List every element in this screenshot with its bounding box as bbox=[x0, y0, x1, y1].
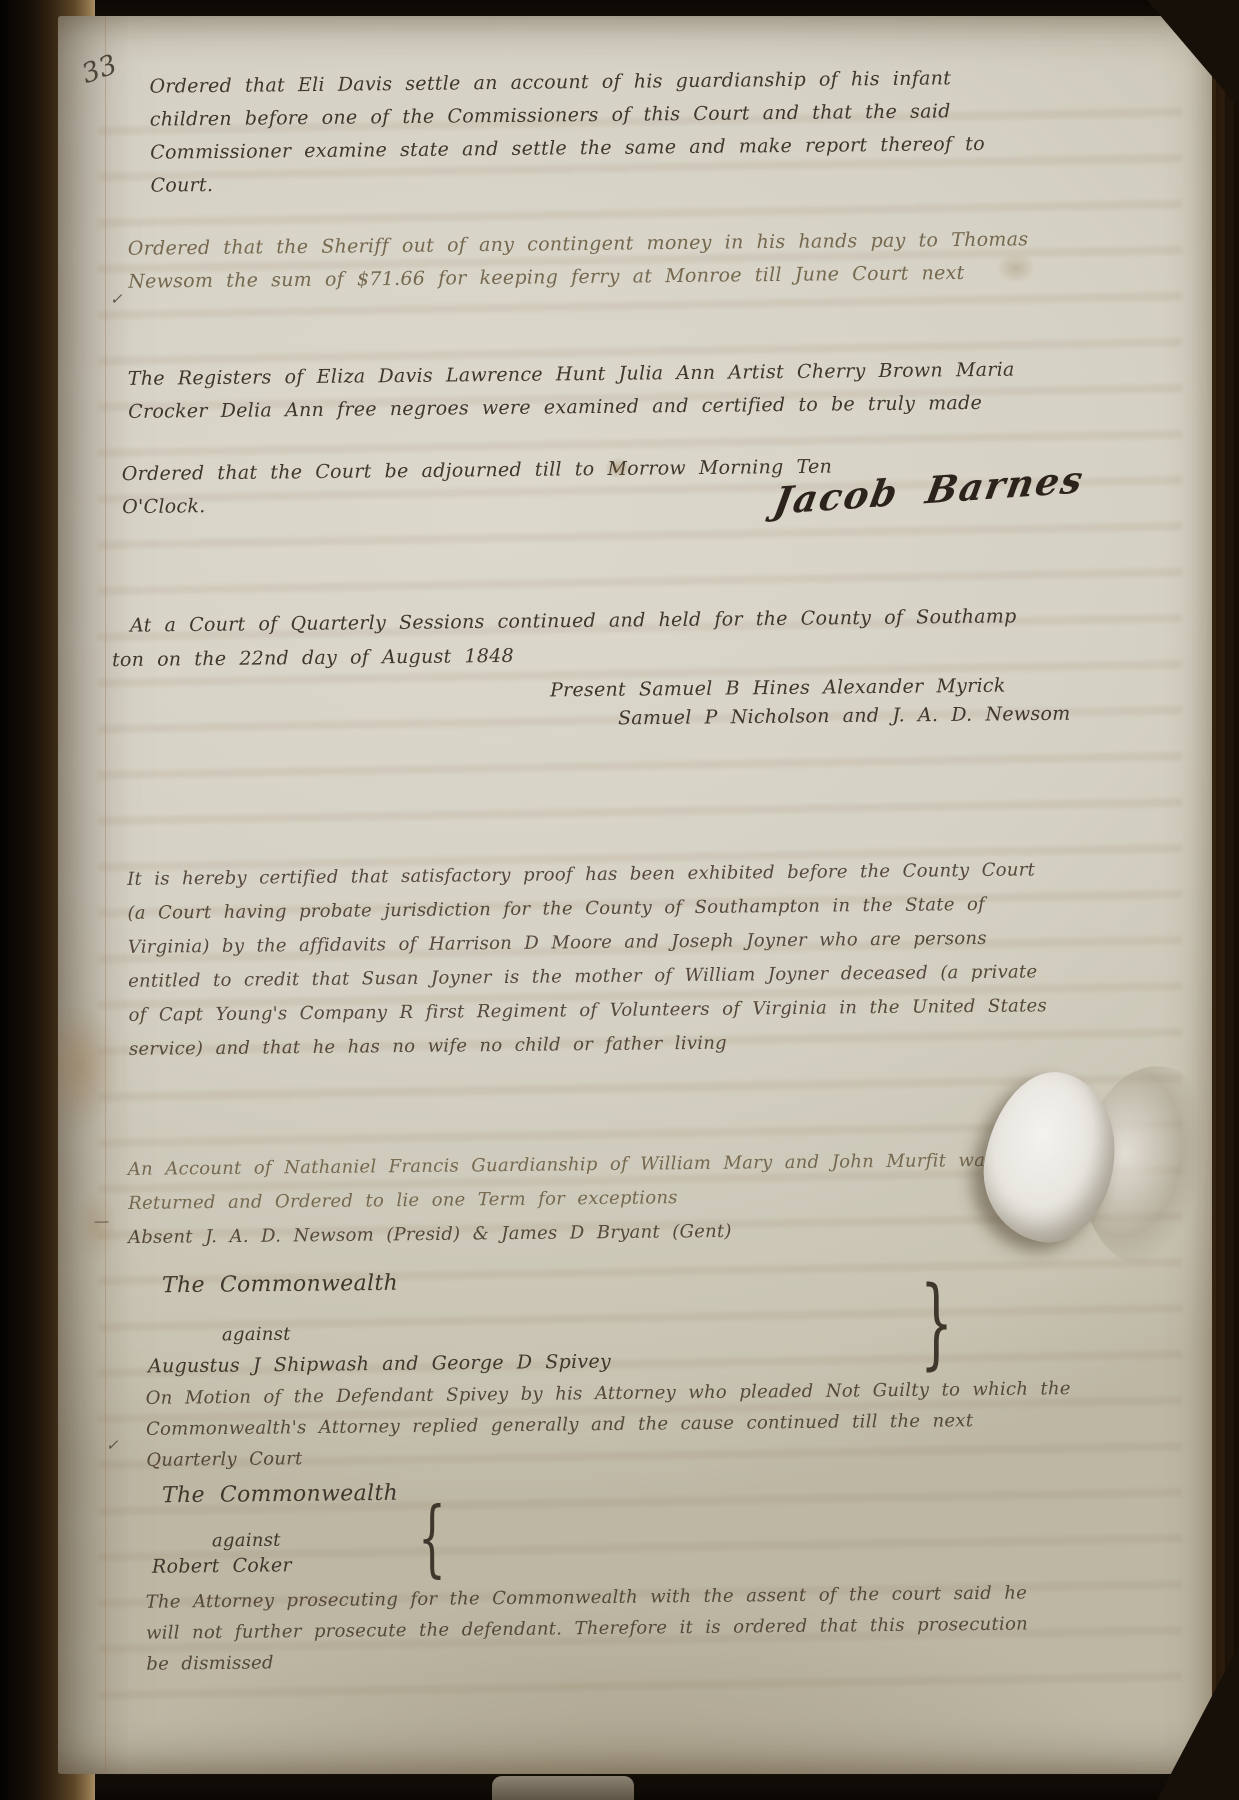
margin-rule-line bbox=[105, 16, 106, 1774]
entry-absent-justices: Absent J. A. D. Newsom (Presid) & James … bbox=[128, 1215, 732, 1255]
case1-versus: against bbox=[222, 1318, 291, 1353]
case2-brace-icon: { bbox=[418, 1498, 447, 1582]
entry-registers-free-negroes: The Registers of Eliza Davis Lawrence Hu… bbox=[128, 353, 1059, 429]
case1-order-body: On Motion of the Defendant Spivey by his… bbox=[146, 1373, 1075, 1476]
case2-order-body: The Attorney prosecuting for the Commonw… bbox=[146, 1577, 1052, 1679]
session-heading-line2: ton on the 22nd day of August 1848 bbox=[112, 640, 514, 677]
manuscript-page: 33 Ordered that Eli Davis settle an acco… bbox=[58, 16, 1212, 1774]
margin-checkmark-icon: ✓ bbox=[110, 290, 123, 308]
entry-order-sheriff-ferry: Ordered that the Sheriff out of any cont… bbox=[128, 223, 1034, 298]
margin-checkmark-icon: ✓ bbox=[106, 1436, 119, 1454]
manuscript-photo: 33 Ordered that Eli Davis settle an acco… bbox=[0, 0, 1239, 1800]
case2-defendant: Robert Coker bbox=[152, 1549, 292, 1583]
entry-order-eli-davis: Ordered that Eli Davis settle an account… bbox=[149, 61, 1042, 202]
entry-pension-certification: It is hereby certified that satisfactory… bbox=[127, 853, 1061, 1067]
session-heading-line1: At a Court of Quarterly Sessions continu… bbox=[130, 600, 1017, 642]
case1-plaintiff: The Commonwealth bbox=[162, 1271, 398, 1299]
entry-guardianship-account: An Account of Nathaniel Francis Guardian… bbox=[128, 1143, 1074, 1221]
case1-brace-icon: } bbox=[920, 1275, 954, 1374]
book-cradle-edge bbox=[492, 1776, 634, 1800]
page-number: 33 bbox=[78, 49, 122, 90]
margin-dash-mark: — bbox=[94, 1212, 109, 1230]
case2-plaintiff: The Commonwealth bbox=[162, 1481, 398, 1509]
present-justices-line2: Samuel P Nicholson and J. A. D. Newsom bbox=[618, 698, 1071, 736]
